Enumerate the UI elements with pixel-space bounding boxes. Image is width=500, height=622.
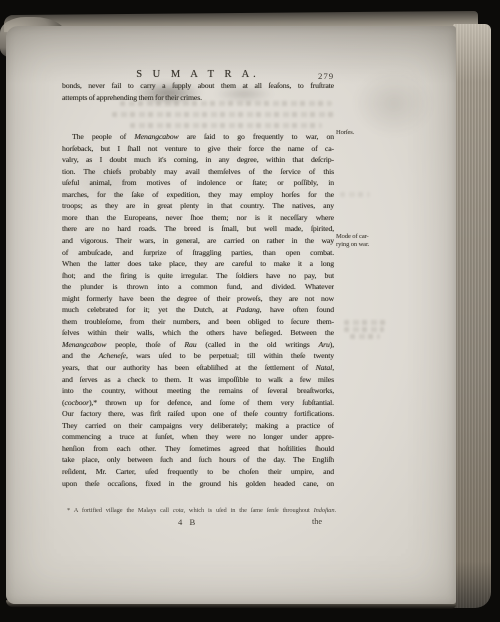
text-line: horſeback, but I ſhall not venture to gi… — [62, 143, 334, 155]
book-page: S U M A T R A. 279 bonds, never fail to … — [6, 26, 456, 604]
bleed-through-margin-note — [350, 334, 380, 339]
footnote: * A fortified village the Malays call co… — [67, 506, 336, 515]
text-line: of ambuſcade, and ſurprize of ſtraggling… — [62, 247, 334, 259]
catchword: the — [312, 517, 322, 526]
paper-stain — [336, 56, 451, 151]
text-line: more than the Europeans, never ſhoe them… — [62, 212, 334, 224]
text-line: tion. The chiefs probably may avail them… — [62, 166, 334, 178]
text-line: troops; as they are in great plenty in t… — [62, 200, 334, 212]
bleed-through-margin-note — [344, 327, 384, 332]
text-line: henſion from each other. They ſometimes … — [62, 443, 334, 455]
text-line: commencing a truce at ſunſet, when they … — [62, 431, 334, 443]
text-line: take place, only between ſuch and ſuch h… — [62, 454, 334, 466]
text-line: and ſerves as a check to them. It was im… — [62, 374, 334, 386]
text-line: and the Acheneſe, wars uſed to be perpet… — [62, 350, 334, 362]
text-line: When the latter does take place, they ar… — [62, 258, 334, 270]
book-fore-edge — [453, 24, 491, 608]
text-line: The people of Menangcabow are ſaid to go… — [62, 131, 334, 143]
text-line: Our factory there, was firſt raiſed upon… — [62, 408, 334, 420]
bleed-through-margin-note — [344, 320, 386, 325]
paragraph: bonds, never fail to carry a ſupply abou… — [62, 80, 334, 103]
text-line: uſeful animal, from motives of indolence… — [62, 177, 334, 189]
text-line: there are no hard roads. The breed is ſm… — [62, 223, 334, 235]
text-line: Menangcabow people, thoſe of Rau (called… — [62, 339, 334, 351]
text-line: (cocboor),* thrown up for defence, and ſ… — [62, 397, 334, 409]
text-line: bonds, never fail to carry a ſupply abou… — [62, 80, 334, 92]
text-line: reſident, Mr. Carter, uſed frequently to… — [62, 466, 334, 478]
text-line: upon theſe occaſions, fixed in the groun… — [62, 478, 334, 490]
text-line: They carried on their campaigns very del… — [62, 420, 334, 432]
text-line: much celebrated for it; yet the Dutch, a… — [62, 304, 334, 316]
text-line: and vigorous. Their wars, in general, ar… — [62, 235, 334, 247]
text-line: them troubleſome, from their numbers, an… — [62, 316, 334, 328]
margin-note: Mode of car-rying on war. — [336, 233, 369, 248]
text-line: might formerly have been the degree of t… — [62, 293, 334, 305]
running-title: S U M A T R A. — [62, 69, 334, 80]
text-line: years, that our authority has been eſtab… — [62, 362, 334, 374]
text-line: valry, as I doubt much it's coming, in a… — [62, 154, 334, 166]
margin-note: Horſes. — [336, 129, 354, 137]
text-line: ſhot; and the firing is quite irregular.… — [62, 270, 334, 282]
text-line: marches, for the ſake of expedition, the… — [62, 189, 334, 201]
text-line: ſelves within their walls, which the oth… — [62, 327, 334, 339]
body-text: bonds, never fail to carry a ſupply abou… — [62, 80, 334, 489]
bleed-through-margin-note — [340, 192, 370, 197]
text-line: the plunder is thrown into a common fund… — [62, 281, 334, 293]
paragraph: The people of Menangcabow are ſaid to go… — [62, 131, 334, 489]
book-photo: S U M A T R A. 279 bonds, never fail to … — [0, 0, 500, 622]
text-line: attempts of apprehending them for their … — [62, 92, 334, 104]
text-line: into the country, without meeting the re… — [62, 385, 334, 397]
signature-mark: 4 B — [178, 517, 198, 527]
